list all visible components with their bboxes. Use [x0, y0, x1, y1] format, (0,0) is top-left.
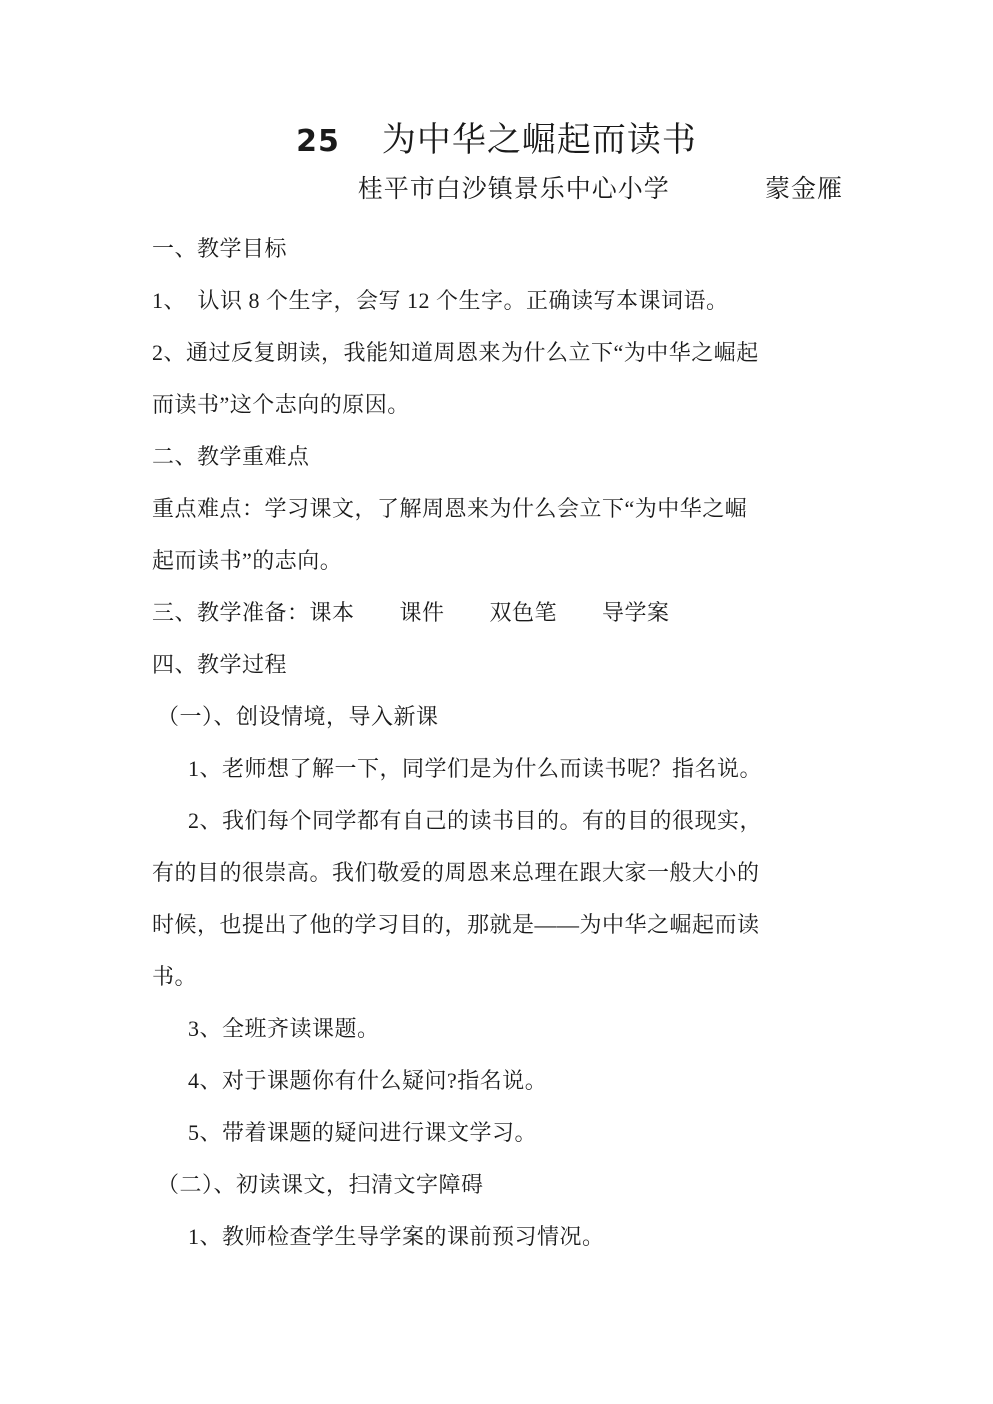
- body-line: 而读书”这个志向的原因。: [152, 379, 853, 431]
- body-line: 重点难点：学习课文，了解周恩来为什么会立下“为中华之崛: [152, 483, 853, 535]
- body-line: 2、我们每个同学都有自己的读书目的。有的目的很现实，: [152, 795, 853, 847]
- document-page: 25 为中华之崛起而读书 桂平市白沙镇景乐中心小学 蒙金雁 一、教学目标1、 认…: [0, 0, 993, 1404]
- body-line: 1、 认识 8 个生字，会写 12 个生字。正确读写本课词语。: [152, 275, 853, 327]
- body-line: 三、教学准备：课本 课件 双色笔 导学案: [152, 587, 853, 639]
- byline: 桂平市白沙镇景乐中心小学 蒙金雁: [0, 173, 993, 207]
- body-line: 书。: [152, 951, 853, 1003]
- body-line: 1、教师检查学生导学案的课前预习情况。: [152, 1211, 853, 1263]
- body-line: 3、全班齐读课题。: [152, 1003, 853, 1055]
- document-body: 一、教学目标1、 认识 8 个生字，会写 12 个生字。正确读写本课词语。2、通…: [0, 223, 993, 1263]
- lesson-number: 25: [296, 119, 340, 165]
- body-line: 2、通过反复朗读，我能知道周恩来为什么立下“为中华之崛起: [152, 327, 853, 379]
- lesson-title-text: 为中华之崛起而读书: [382, 118, 697, 164]
- body-line: 四、教学过程: [152, 639, 853, 691]
- body-line: 二、教学重难点: [152, 431, 853, 483]
- body-line: 1、老师想了解一下，同学们是为什么而读书呢？指名说。: [152, 743, 853, 795]
- body-line: （二）、初读课文，扫清文字障碍: [152, 1159, 853, 1211]
- byline-school: 桂平市白沙镇景乐中心小学: [358, 176, 670, 203]
- body-line: 4、对于课题你有什么疑问?指名说。: [152, 1055, 853, 1107]
- body-line: 起而读书”的志向。: [152, 535, 853, 587]
- body-line: （一）、创设情境，导入新课: [152, 691, 853, 743]
- body-line: 时候，也提出了他的学习目的，那就是——为中华之崛起而读: [152, 899, 853, 951]
- body-line: 有的目的很崇高。我们敬爱的周恩来总理在跟大家一般大小的: [152, 847, 853, 899]
- byline-author: 蒙金雁: [765, 176, 843, 203]
- body-line: 5、带着课题的疑问进行课文学习。: [152, 1107, 853, 1159]
- document-title: 25 为中华之崛起而读书: [0, 0, 993, 165]
- body-line: 一、教学目标: [152, 223, 853, 275]
